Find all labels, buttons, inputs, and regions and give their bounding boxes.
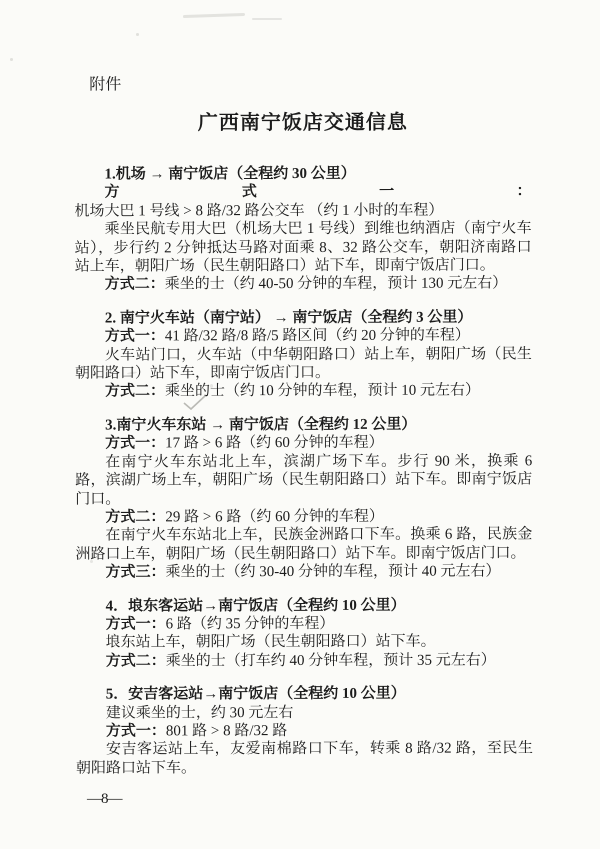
text-column: 附件 广西南宁饭店交通信息 1.机场 → 南宁饭店（全程约 30 公里） 方式一… bbox=[74, 0, 533, 778]
paragraph: 方式二：乘坐的士（约 40-50 分钟的车程，预计 130 元左右） bbox=[75, 275, 532, 295]
paragraph: 方式二：乘坐的士（约 10 分钟的车程，预计 10 元左右） bbox=[75, 382, 532, 402]
paragraph-text: 6 路（约 35 分钟的车程） bbox=[166, 616, 335, 632]
section-heading: 1.机场 → 南宁饭店（全程约 30 公里） bbox=[74, 164, 531, 184]
paragraph: 方式一：41 路/32 路/8 路/5 路区间（约 20 分钟的车程） bbox=[75, 327, 532, 347]
document-body: 1.机场 → 南宁饭店（全程约 30 公里） 方式一：机场大巴 1 号线 > 8… bbox=[74, 164, 533, 777]
paragraph-text: 乘坐的士（约 10 分钟的车程，预计 10 元左右） bbox=[165, 383, 480, 400]
paragraph-text: 火车站门口，火车站（中华朝阳路口）站上车，朝阳广场（民生朝阳路口）站下车，即南宁… bbox=[75, 346, 532, 382]
paragraph: 方式一：机场大巴 1 号线 > 8 路/32 路公交车 （约 1 小时的车程） bbox=[74, 183, 531, 221]
paragraph-text: 在南宁火车东站北上车，民族金洲路口下车。换乘 6 路，民族金洲路口上车，朝阳广场… bbox=[75, 527, 532, 563]
method-label: 方式二： bbox=[105, 509, 165, 525]
paragraph: 方式二：乘坐的士（打车约 40 分钟车程，预计 35 元左右） bbox=[76, 651, 533, 671]
paragraph-text: 建议乘坐的士，约 30 元左右 bbox=[106, 705, 294, 721]
paragraph: 安吉客运站上车，友爱南棉路口下车，转乘 8 路/32 路，至民生朝阳路口站下车。 bbox=[76, 740, 533, 778]
section-heading: 2. 南宁火车站（南宁站） → 南宁饭店（全程约 3 公里） bbox=[75, 308, 532, 328]
paragraph-text: 29 路 > 6 路（约 60 分钟的车程） bbox=[165, 509, 384, 526]
method-label: 方式一： bbox=[104, 184, 531, 201]
attachment-label: 附件 bbox=[74, 0, 531, 95]
paragraph-text: 乘坐的士（约 40-50 分钟的车程，预计 130 元左右） bbox=[165, 276, 508, 293]
paragraph: 方式三：乘坐的士（约 30-40 分钟的车程，预计 40 元左右） bbox=[75, 563, 532, 583]
method-label: 方式二： bbox=[106, 653, 166, 669]
section-anji-bus-station: 5．安吉客运站→南宁饭店（全程约 10 公里） 建议乘坐的士，约 30 元左右 … bbox=[76, 685, 533, 778]
section-heading: 5．安吉客运站→南宁饭店（全程约 10 公里） bbox=[76, 685, 533, 705]
paragraph: 方式一：801 路 > 8 路/32 路 bbox=[76, 721, 533, 741]
paragraph: 在南宁火车东站北上车，滨湖广场下车。步行 90 米，换乘 6 路，滨湖广场上车，… bbox=[75, 452, 532, 508]
paragraph-text: 801 路 > 8 路/32 路 bbox=[166, 723, 287, 739]
paragraph-text: 乘坐的士（打车约 40 分钟车程，预计 35 元左右） bbox=[166, 652, 496, 669]
paragraph: 乘坐民航专用大巴（机场大巴 1 号线）到维也纳酒店（南宁火车站），步行约 2 分… bbox=[75, 220, 532, 276]
page-title: 广西南宁饭店交通信息 bbox=[74, 105, 531, 135]
paragraph: 在南宁火车东站北上车，民族金洲路口下车。换乘 6 路，民族金洲路口上车，朝阳广场… bbox=[75, 526, 532, 564]
document-page: 附件 广西南宁饭店交通信息 1.机场 → 南宁饭店（全程约 30 公里） 方式一… bbox=[0, 0, 600, 849]
paragraph-text: 安吉客运站上车，友爱南棉路口下车，转乘 8 路/32 路，至民生朝阳路口站下车。 bbox=[76, 741, 533, 777]
method-label: 方式二： bbox=[105, 384, 165, 400]
section-airport: 1.机场 → 南宁饭店（全程约 30 公里） 方式一：机场大巴 1 号线 > 8… bbox=[74, 164, 531, 294]
method-label: 方式二： bbox=[105, 277, 165, 293]
method-label: 方式一： bbox=[105, 436, 165, 452]
section-heading: 4．埌东客运站→南宁饭店（全程约 10 公里） bbox=[76, 596, 533, 616]
paragraph-text: 17 路 > 6 路（约 60 分钟的车程） bbox=[165, 435, 384, 452]
paragraph: 埌东站上车，朝阳广场（民生朝阳路口）站下车。 bbox=[76, 633, 533, 653]
paragraph-text: 机场大巴 1 号线 > 8 路/32 路公交车 （约 1 小时的车程） bbox=[75, 202, 444, 219]
method-label: 方式一： bbox=[106, 723, 166, 739]
method-label: 方式一： bbox=[106, 616, 166, 632]
method-label: 方式一： bbox=[105, 329, 165, 345]
paragraph-text: 乘坐的士（约 30-40 分钟的车程，预计 40 元左右） bbox=[165, 564, 500, 581]
section-heading: 3.南宁火车东站 → 南宁饭店（全程约 12 公里） bbox=[75, 415, 532, 435]
scan-speck bbox=[10, 58, 13, 61]
paragraph-text: 在南宁火车东站北上车，滨湖广场下车。步行 90 米，换乘 6 路，滨湖广场上车，… bbox=[75, 453, 532, 507]
paragraph: 火车站门口，火车站（中华朝阳路口）站上车，朝阳广场（民生朝阳路口）站下车，即南宁… bbox=[75, 345, 532, 383]
paragraph: 方式二：29 路 > 6 路（约 60 分钟的车程） bbox=[75, 507, 532, 527]
page-number: —8— bbox=[87, 791, 122, 808]
paragraph-text: 乘坐民航专用大巴（机场大巴 1 号线）到维也纳酒店（南宁火车站），步行约 2 分… bbox=[75, 221, 532, 275]
paragraph: 建议乘坐的士，约 30 元左右 bbox=[76, 703, 533, 723]
paragraph: 方式一：17 路 > 6 路（约 60 分钟的车程） bbox=[75, 434, 532, 454]
section-langdong-bus-station: 4．埌东客运站→南宁饭店（全程约 10 公里） 方式一：6 路（约 35 分钟的… bbox=[76, 596, 533, 671]
paragraph-text: 41 路/32 路/8 路/5 路区间（约 20 分钟的车程） bbox=[165, 328, 470, 345]
section-railway-station: 2. 南宁火车站（南宁站） → 南宁饭店（全程约 3 公里） 方式一：41 路/… bbox=[75, 308, 532, 401]
method-label: 方式三： bbox=[105, 564, 165, 580]
paragraph-text: 埌东站上车，朝阳广场（民生朝阳路口）站下车。 bbox=[106, 634, 436, 651]
paragraph: 方式一：6 路（约 35 分钟的车程） bbox=[76, 614, 533, 634]
section-east-railway-station: 3.南宁火车东站 → 南宁饭店（全程约 12 公里） 方式一：17 路 > 6 … bbox=[75, 415, 532, 582]
